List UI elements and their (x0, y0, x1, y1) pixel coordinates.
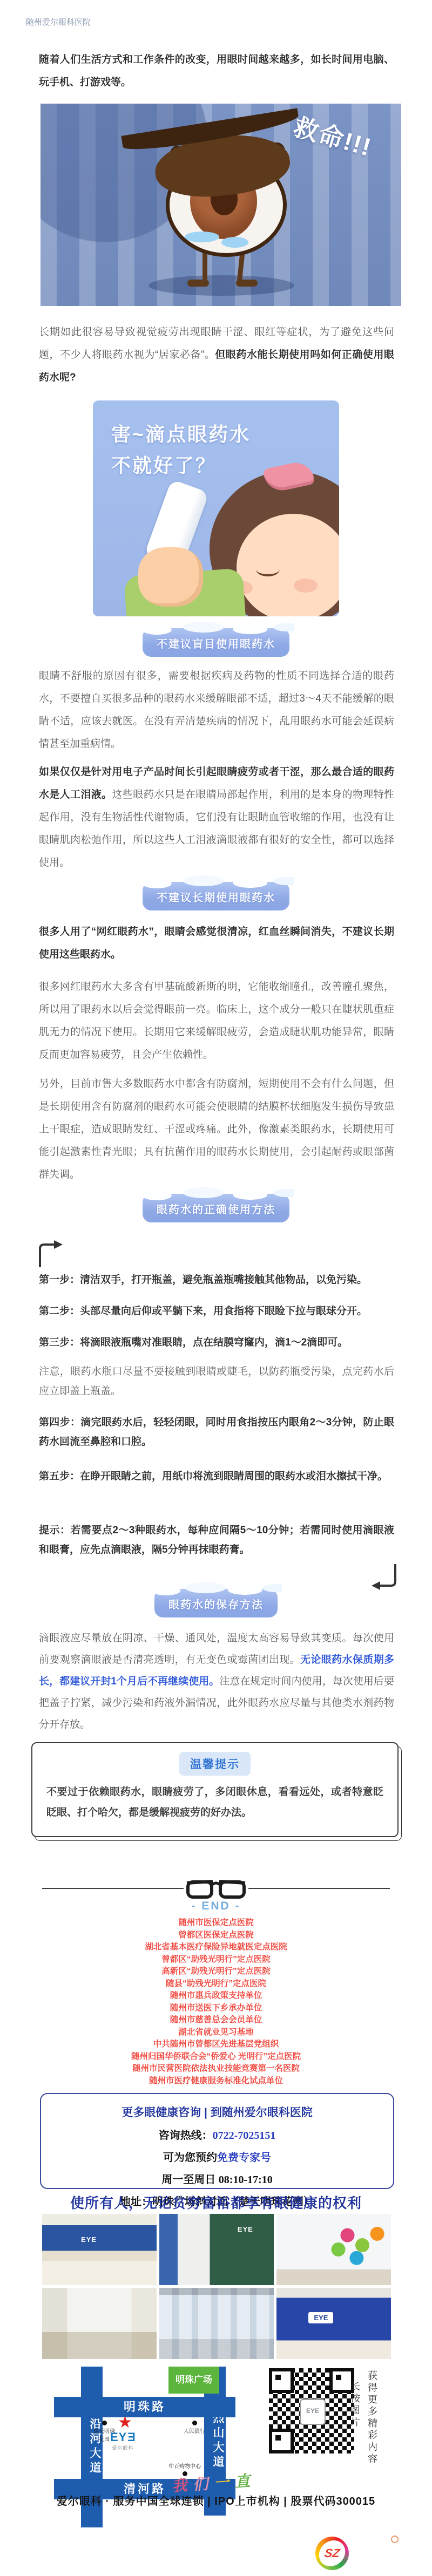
paragraph-choose-drops: 眼睛不舒服的原因有很多，需要根据疾病及药物的性质不同选择合适的眼药水，不要擅自买… (39, 665, 394, 756)
paragraph-storage: 滴眼液应尽量放在阴凉、干燥、通风处，温度太高容易导致其变质。每次使用前要观察滴眼… (39, 1628, 394, 1736)
paragraph-problem: 长期如此很容易导致视觉疲劳出现眼睛干涩、眼红等症状，为了避免这些问题，不少人将眼… (39, 321, 394, 389)
photo-triage-desk (276, 2214, 391, 2285)
paragraph-neostigmine: 很多网红眼药水大多含有甲基硫酸新斯的明，它能收缩瞳孔，改善瞳孔聚焦，所以用了眼药… (39, 976, 394, 1066)
photo-eye-label: EYE (81, 2235, 97, 2244)
paragraph-artificial-tears-normal: 这些眼药水只是在眼睛局部起作用，利用的是本身的物理特性起作用，没有生物活性代谢物… (39, 789, 394, 868)
step-3: 第三步：将滴眼液瓶嘴对准眼睛，点在结膜穹窿内，滴1～2滴即可。 (39, 1332, 394, 1354)
photo-blue-reception: EYE (276, 2288, 391, 2359)
illustration-crying-eye: 救命!!! (40, 104, 401, 306)
tear-shape (185, 232, 219, 242)
map-poi-bank-label: 人民银行 (184, 2429, 205, 2435)
map-plaza-label: 明珠广场 (168, 2367, 219, 2394)
shadow-shape (148, 275, 294, 296)
step-1: 第一步：清洁双手，打开瓶盖，避免瓶盖瓶嘴接触其他物品，以免污染。 (39, 1269, 394, 1291)
section-banner-no-longterm-use: 不建议长期使用眼药水 (143, 882, 289, 910)
blush-shape (294, 579, 318, 593)
honor-line: 随州市慈善总会会员单位 (0, 2014, 432, 2027)
honor-line: 中共随州市曾都区先进基层党组织 (0, 2038, 432, 2051)
speech-line1: 害~滴点眼药水 (111, 423, 251, 445)
contact-heading: 更多眼健康咨询 | 到随州爱尔眼科医院 (41, 2104, 393, 2120)
photo-optical-shop (159, 2288, 274, 2359)
step-2: 第二步：头部尽量向后仰或平躺下来，用食指将下眼睑下拉与眼球分开。 (39, 1301, 394, 1322)
eye-foot-right (236, 280, 258, 287)
decor-char: 一 (213, 2475, 231, 2492)
hotline-row: 咨询热线：0722-7025151 (41, 2126, 393, 2142)
honor-line: 随县“助残光明行”定点医院 (0, 1978, 432, 1990)
photo-corridor (42, 2288, 157, 2359)
qr-finder (269, 2368, 294, 2393)
honor-line: 随州市送医下乡承办单位 (0, 2002, 432, 2015)
return-arrow-icon (370, 1561, 401, 1591)
paragraph-artificial-tears: 如果仅仅是针对用电子产品时间长引起眼睛疲劳或者干涩，那么最合适的眼药水是人工泪液… (39, 761, 394, 874)
qr-code[interactable]: EYE (269, 2368, 354, 2453)
booking-highlight: 免费专家号 (217, 2152, 271, 2164)
speech-line2: 不就好了？ (111, 454, 217, 477)
end-label: - END - (0, 1900, 432, 1913)
step-note: 注意，眼药水瓶口尽量不要接触到眼睛或睫毛，以防药瓶受污染，点完药水后应立即盖上瓶… (39, 1362, 394, 1401)
section-banner-storage: 眼药水的保存方法 (154, 1589, 278, 1617)
map-eye-logo-sub: 爱尔眼科 (110, 2444, 136, 2451)
girl-hand-shape (138, 547, 203, 607)
map-poi-bank: 人民银行 (183, 2421, 206, 2435)
mission-heading: 使所有人，无论贫穷富裕都享有眼健康的权利 (0, 2192, 432, 2212)
speech-caption: 害~滴点眼药水 不就好了？ (111, 419, 251, 481)
map-dot (102, 2421, 107, 2425)
honor-line: 高新区“助残光明行”定点医院 (0, 1966, 432, 1978)
qr-caption-sub: 长按图片 (348, 2381, 362, 2446)
booking-row: 可为您预约免费专家号 (41, 2149, 393, 2164)
honor-list: 随州市医保定点医院 曾都区医保定点医院 湖北省基本医疗保险异地就医定点医院 曾都… (0, 1917, 432, 2087)
photo-waiting-area: EYE (159, 2214, 274, 2285)
decor-char: 们 (192, 2476, 210, 2493)
qr-center-logo: EYE (300, 2399, 326, 2425)
contact-card: 更多眼健康咨询 | 到随州爱尔眼科医院 咨询热线：0722-7025151 可为… (40, 2093, 394, 2189)
honor-line: 曾都区“助残光明行”定点医院 (0, 1954, 432, 1966)
paragraph-intro: 随着人们生活方式和工作条件的改变，用眼时间越来越多，如长时间用电脑、玩手机、打游… (39, 49, 394, 94)
footer-brand-line: 爱尔眼科 · 服务中国全球连锁 | IPO上市机构 | 股票代码300015 (0, 2492, 432, 2508)
hours-time: 08:10-17:10 (219, 2174, 273, 2186)
warm-tips-body: 不要过于依赖眼药水，眼睛疲劳了，多闭眼休息，看看远处，或者特意眨眨眼、打个哈欠，… (32, 1782, 397, 1823)
hotline-number[interactable]: 0722-7025151 (213, 2130, 276, 2142)
honor-line: 湖北省基本医疗保险异地就医定点医院 (0, 1941, 432, 1954)
help-caption: 救命!!! (290, 107, 376, 164)
step-tip: 提示：若需要点2～3种眼药水，每种应间隔5～10分钟；若需同时使用滴眼液和眼膏，… (39, 1521, 394, 1560)
map-poi-garden-label: 楚天明珠花园 (93, 2429, 115, 2443)
honor-line: 随州市医保定点医院 (0, 1917, 432, 1929)
photo-eye-label: EYE (238, 2225, 253, 2233)
map-poi-garden: 楚天明珠花园 (92, 2421, 117, 2443)
step-5: 第五步：在睁开眼睛之前，用纸巾将流到眼睛周围的眼药水或泪水擦拭干净。 (39, 1467, 394, 1486)
step-4: 第四步：滴完眼药水后，轻轻闭眼，同时用食指按压内眼角2～3分钟，防止眼药水回流至… (39, 1413, 394, 1452)
hours-label: 周一至周日 (161, 2174, 219, 2186)
honor-line: 随州归国华侨联合会“侨爱心 光明行”定点医院 (0, 2051, 432, 2063)
glasses-icon (184, 1876, 248, 1901)
map-eye-logo-b: E (127, 2430, 136, 2444)
hotline-label: 咨询热线： (159, 2130, 213, 2142)
sz-logo: SZ (315, 2537, 349, 2570)
map-dot (192, 2421, 197, 2425)
tear-shape-2 (221, 237, 248, 248)
map-star-marker: ★ (118, 2413, 132, 2432)
qr-caption-main: 获得更多精彩内容 (365, 2370, 379, 2473)
hospital-photo-grid: EYE EYE EYE (42, 2214, 391, 2359)
warm-tips-box: 温馨提示 不要过于依赖眼药水，眼睛疲劳了，多闭眼休息，看看远处，或者特意眨眨眼、… (31, 1742, 399, 1837)
account-name-link[interactable]: 随州爱尔眼科医院 (26, 16, 91, 28)
honor-line: 随州市惠兵政策支持单位 (0, 1990, 432, 2002)
illustration-girl-eyedrops: 害~滴点眼药水 不就好了？ (93, 400, 339, 616)
honor-line: 曾都区医保定点医院 (0, 1929, 432, 1942)
photo-eye-sign: EYE (308, 2312, 333, 2323)
honor-line: 随州市医疗健康服务标准化试点单位 (0, 2075, 432, 2088)
closed-eye-shape (256, 562, 280, 576)
small-ring-mark (391, 2536, 399, 2543)
warm-tips-badge: 温馨提示 (179, 1752, 251, 1776)
section-banner-correct-usage: 眼药水的正确使用方法 (143, 1194, 289, 1222)
qr-finder (269, 2429, 294, 2453)
article-page: 随州爱尔眼科医院 随着人们生活方式和工作条件的改变，用眼时间越来越多，如长时间用… (0, 0, 432, 2576)
honor-line: 随州市民营医院依法执业技能竞赛第一名医院 (0, 2063, 432, 2075)
paragraph-preservatives: 另外，目前市售大多数眼药水中都含有防腐剂，短期使用不会有什么问题，但是长期使用含… (39, 1073, 394, 1186)
section-banner-no-blind-use: 不建议盲目使用眼药水 (143, 628, 289, 657)
sz-logo-text: SZ (318, 2540, 347, 2566)
booking-prefix: 可为您预约 (163, 2152, 217, 2164)
map-poi-mall-label: 中百购物中心 (168, 2464, 201, 2470)
corner-arrow-icon (35, 1239, 65, 1269)
decor-char: 直 (234, 2473, 252, 2491)
paragraph-wanghong-drops: 很多人用了“网红眼药水”，眼睛会感觉很清凉，红血丝瞬间消失，不建议长期使用这些眼… (39, 921, 394, 966)
photo-lobby-reception: EYE (42, 2214, 157, 2285)
map-road-top: 明珠路 (54, 2397, 235, 2417)
honor-line: 湖北省就业见习基地 (0, 2027, 432, 2039)
hours-row: 周一至周日 08:10-17:10 (41, 2171, 393, 2186)
eye-foot-left (187, 280, 209, 287)
